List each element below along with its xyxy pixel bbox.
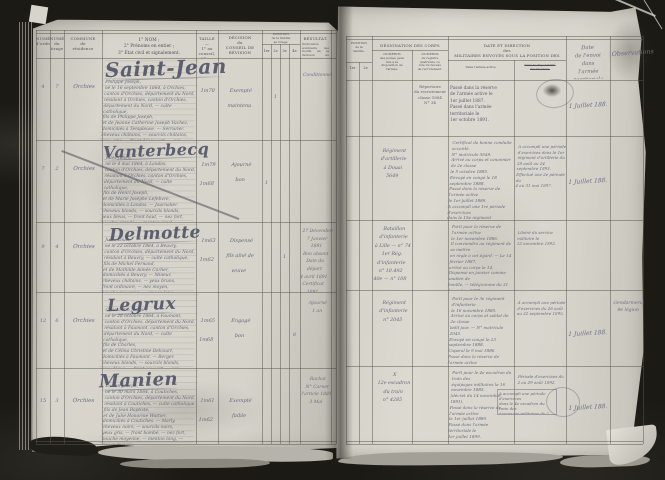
header-position: POSITION de la famille au tirage.: [262, 31, 300, 44]
date-envoi-territoriale: [564, 219, 612, 292]
numero-ordre-value: 7: [36, 140, 50, 222]
numero-ordre-value: 4: [36, 58, 50, 140]
reserve-notes: A accompli une périoded'exercices du 26 …: [511, 290, 568, 366]
header-position-sub-4: 4e: [289, 46, 300, 57]
header-envoi-armee-territoriale: Date de l'envoi dans l'armée territorial…: [565, 39, 610, 80]
armee-active-notes: Parti pour la réserve de l'armée activel…: [446, 220, 517, 290]
corps-designation: X12e escadrondu trainn° 4285: [369, 366, 416, 444]
corps-designation: Régimentd'infanterien° 2045: [369, 290, 416, 366]
scanned-register-spread: NUMÉRO d'ordre NUMÉRO du tirage COMMUNE …: [0, 0, 665, 480]
header-resultat-note: (Indication sommaire des motifs de la dé…: [300, 42, 331, 58]
header-commune: COMMUNE de résidence: [64, 34, 102, 58]
header-position-sub-2: 2e: [271, 46, 280, 57]
section-surname: Legrux: [107, 294, 177, 315]
book-page-stack-edge: [19, 22, 32, 450]
section-surname: Delmotte: [109, 222, 201, 244]
section-surname: Saint-Jean: [105, 54, 228, 81]
numero-ordre-value: 9: [36, 222, 50, 292]
date-envoi-territoriale: 1 Juillet 188.: [564, 135, 612, 222]
header-designation-corps: DÉSIGNATION DES CORPS: [372, 41, 448, 50]
position-mark: 1: [262, 140, 271, 222]
decision-value: Ajournébon: [214, 140, 265, 222]
position-mark: 1: [280, 222, 289, 292]
commune-value: Orchies: [60, 58, 105, 140]
numero-ordre-value: 15: [36, 368, 50, 444]
corps-designation: Régiment d'artillerieà Douai5649: [368, 136, 415, 220]
torn-paper-strip: [338, 451, 563, 466]
decision-value: Dispenséfils aîné deveuve: [215, 222, 265, 292]
section-surname: Manien: [99, 369, 179, 392]
corps-designation: Bataillon d'infanterieà Lille — n° 741er…: [369, 220, 415, 290]
header-position-famille: POSITION de la famille.: [346, 40, 372, 61]
scratch-mark: [643, 0, 662, 29]
commune-value: Orchies: [61, 222, 105, 292]
header-disponibilite-reserves: Dans la disponibilité des réserves.: [514, 60, 566, 79]
header-corps-numeros: NUMÉROS des jeunes gens mis à la disposi…: [372, 51, 412, 79]
header-position-sub-1: 1er: [262, 46, 271, 57]
repertoire-stamp: Répertoiredu recrutementclasse 1884N° 34: [412, 80, 448, 136]
header-numero-ordre: NUMÉRO d'ordre: [36, 34, 50, 58]
header-armee-active: Dans l'armée active.: [448, 60, 514, 79]
header-numero-tirage: NUMÉRO du tirage: [50, 34, 64, 58]
torn-paper-strip: [120, 458, 270, 468]
curled-page-corner: [606, 424, 660, 466]
reserve-notes: A accompli une périoded'exercices dans l…: [511, 136, 569, 220]
header-date-direction: DATE ET DIRECTION des MILITAIRES ENVOYÉS…: [448, 41, 566, 59]
resultat-value: Ajourné1 an: [297, 292, 335, 368]
reserve-notes: Libéré du servicemilitaire le12 novembre…: [512, 220, 569, 290]
resultat-value: 27 Décembre7 Janvier 1891Bon absentDate …: [297, 222, 334, 292]
position-mark: 1: [271, 58, 280, 140]
header-corps-matricule: NUMÉROS du registre matricule ou rôle du…: [412, 51, 448, 79]
ink-smudge: [540, 82, 564, 99]
observations-notes: Gendarmerie9e légion: [607, 290, 647, 366]
header-position-sub-3: 3e: [280, 46, 289, 57]
date-envoi-territoriale: 1 Juillet 188.: [564, 289, 612, 368]
header-position-famille-sub-1: 1er: [346, 63, 359, 79]
decision-value: Engagébon: [215, 292, 266, 368]
header-position-famille-sub-2: 2e: [359, 63, 372, 79]
header-nom: 1° NOM ; 2° Prénoms en entier ; 3° État …: [102, 34, 196, 58]
armee-active-notes: Certificat de bonne conduite accordé.N° …: [445, 136, 517, 220]
paper-tab: [29, 5, 48, 24]
header-observations: Observations: [611, 49, 645, 67]
commune-value: Orchies: [61, 292, 106, 368]
numero-ordre-value: 12: [36, 292, 50, 368]
armee-active-notes: Parti pour le 3e régiment d'infanteriele…: [445, 290, 516, 366]
section-surname: Vanterbecq: [103, 139, 210, 161]
decision-value: Exemptéfaible: [215, 368, 266, 444]
armee-active-notes: Passé dans la réservede l'armée active l…: [448, 80, 514, 136]
resultat-value: RachatN° Carnetl'article 18813 Mai: [297, 368, 335, 444]
